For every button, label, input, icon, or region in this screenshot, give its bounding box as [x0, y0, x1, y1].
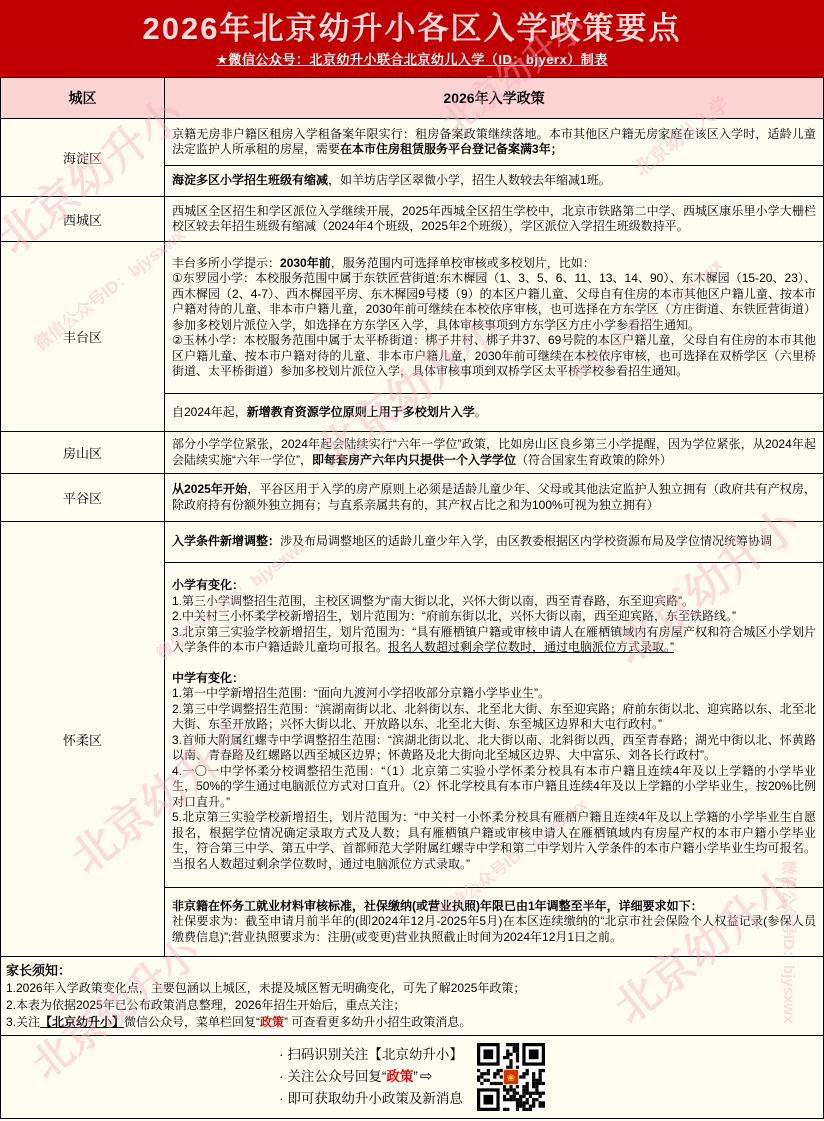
- page-title: 2026年北京幼升小各区入学政策要点: [143, 11, 682, 47]
- text-run: ” 可查看更多幼升小招生政策消息。: [284, 1015, 471, 1029]
- qr-footer-section: · 扫码识别关注【北京幼升小】· 关注公众号回复“政策”⇨· 即可获取幼升小政策…: [0, 1036, 824, 1119]
- policy-paragraph: 西城区全区招生和学区派位入学继续开展，2025年西城全区招生学校中，北京市铁路第…: [172, 204, 816, 235]
- text-run: 5.北京第三实验学校新增招生，划片范围为：“中关村一小怀柔分校具有雁栖户籍且连续…: [172, 810, 816, 871]
- qr-instruction-line: · 扫码识别关注【北京幼升小】: [279, 1044, 463, 1066]
- policy-paragraph: 中学有变化：: [172, 671, 816, 687]
- text-run: 1.2026年入学政策变化点，主要包涵以上城区，未提及城区暂无明确变化，可先了解…: [6, 981, 525, 995]
- policy-paragraph: 丰台多所小学提示：2030年前，服务范围内可选择单校审核或多校划片，比如：: [172, 256, 816, 272]
- policy-paragraph: 1.第三小学调整招生范围，主校区调整为“南大街以北，兴怀大街以南，西至青春路，东…: [172, 594, 816, 610]
- text-run: 中学有变化：: [172, 671, 244, 685]
- note-line: 3.关注【北京幼升小】微信公众号，菜单栏回复“政策” 可查看更多幼升小招生政策消…: [6, 1014, 818, 1031]
- wechat-account-subtitle: ★微信公众号：北京幼升小联合北京幼儿入学（ID：bjyerx）制表: [216, 49, 607, 68]
- policy-paragraph: 入学条件新增调整：涉及布局调整地区的适龄儿童少年入学，由区教委根据区内学校资源布…: [172, 534, 816, 550]
- policy-cell: 非京籍在怀务工就业材料审核标准，社保缴纳(或营业执照)年限已由1年调整至半年，详…: [165, 888, 824, 957]
- policy-paragraph: 3.北京第三实验学校新增招生，划片范围为：“具有雁栖镇户籍或审核申请人在雁栖镇域…: [172, 625, 816, 656]
- policy-cell: 入学条件新增调整：涉及布局调整地区的适龄儿童少年入学，由区教委根据区内学校资源布…: [165, 522, 824, 563]
- policy-table: 城区 2026年入学政策 海淀区京籍无房非户籍区租房入学租备案年限实行：租房备案…: [0, 77, 824, 957]
- qr-instruction-line: · 即可获取幼升小政策及新消息: [279, 1088, 463, 1110]
- text-run: 小学有变化：: [172, 578, 244, 592]
- policy-paragraph: 从2025年开始，平谷区用于入学的房产原则上必须是适龄儿童少年、父母或其他法定监…: [172, 482, 816, 513]
- policy-paragraph: 2.中关村三小怀柔学校新增招生，划片范围为：“府前东街以北，兴怀大街以南，西至迎…: [172, 609, 816, 625]
- policy-paragraph: ②玉林小学：本校服务范围中属于太平桥街道：梆子井村、梆子井37、69号院的本区户…: [172, 333, 816, 380]
- text-run: 海淀多区小学招生班级有缩减: [172, 173, 328, 187]
- text-run: 1.第一中学新增招生范围：“面向九渡河小学招收部分京籍小学毕业生”。: [172, 686, 550, 700]
- district-name: 海淀区: [1, 119, 165, 197]
- text-run: （符合国家生育政策的除外）: [516, 453, 672, 467]
- text-run: · 扫码识别关注【北京幼升小】: [279, 1047, 463, 1062]
- text-run: 即每套房产六年内只提供一个入学学位: [312, 453, 516, 467]
- text-run: ，平谷区用于入学的房产原则上必须是适龄儿童少年、父母或其他法定监护人独立拥有（政…: [172, 482, 816, 512]
- text-run: 4.一〇一中学怀柔分校调整招生范围：“（1）北京第二实验小学怀柔分校具有本市户籍…: [172, 764, 816, 809]
- district-name: 丰台区: [1, 242, 165, 432]
- text-run: 自2024年起，: [172, 405, 247, 419]
- text-run: 社保要求为：截至申请月前半年的(即2024年12月-2025年5月)在本区连续缴…: [172, 914, 816, 944]
- text-run: 非京籍在怀务工就业材料审核标准，社保缴纳(或营业执照)年限已由1年调整至半年，详…: [172, 899, 703, 913]
- qr-logo: ❀: [507, 1073, 515, 1084]
- policy-cell: 丰台多所小学提示：2030年前，服务范围内可选择单校审核或多校划片，比如：①东罗…: [165, 242, 824, 394]
- header-cell-policy: 2026年入学政策: [165, 78, 824, 119]
- text-run: 新增教育资源学位原则上用于多校划片入学: [247, 405, 475, 419]
- policy-paragraph: ①东罗园小学：本校服务范围中属于东铁匠营街道:东木樨园（1、3、5、6、11、1…: [172, 271, 816, 333]
- policy-paragraph: 5.北京第三实验学校新增招生，划片范围为：“中关村一小怀柔分校具有雁栖户籍且连续…: [172, 810, 816, 872]
- header-cell-district: 城区: [1, 78, 165, 119]
- policy-cell: 京籍无房非户籍区租房入学租备案年限实行：租房备案政策继续落地。本市其他区户籍无房…: [165, 119, 824, 166]
- text-run: · 关注公众号回复“: [279, 1069, 386, 1084]
- policy-paragraph: 部分小学学位紧张，2024年起会陆续实行“六年一学位”政策，比如房山区良乡第三小…: [172, 437, 816, 468]
- text-run: 2.中关村三小怀柔学校新增招生，划片范围为：“府前东街以北，兴怀大街以南，西至迎…: [172, 609, 736, 623]
- text-run: ②玉林小学：本校服务范围中属于太平桥街道：梆子井村、梆子井37、69号院的本区户…: [172, 333, 816, 378]
- policy-paragraph: 社保要求为：截至申请月前半年的(即2024年12月-2025年5月)在本区连续缴…: [172, 914, 816, 945]
- policy-paragraph: 非京籍在怀务工就业材料审核标准，社保缴纳(或营业执照)年限已由1年调整至半年，详…: [172, 899, 816, 915]
- policy-cell: 自2024年起，新增教育资源学位原则上用于多校划片入学。: [165, 394, 824, 432]
- text-run: 西城区全区招生和学区派位入学继续开展，2025年西城全区招生学校中，北京市铁路第…: [172, 204, 816, 234]
- text-run: 2.第三中学调整招生范围：“滨湖南街以北、北斜街以东、北至北大街、东至迎宾路；府…: [172, 702, 816, 732]
- district-name: 房山区: [1, 432, 165, 474]
- district-name: 西城区: [1, 197, 165, 242]
- text-run: 3.首师大附属红螺寺中学调整招生范围：“滨湖北街以北、北大街以南、北斜街以西，西…: [172, 733, 816, 763]
- text-run: ，如羊坊店学区翠微小学，招生人数较去年缩减1班。: [328, 173, 611, 187]
- policy-cell: 部分小学学位紧张，2024年起会陆续实行“六年一学位”政策，比如房山区良乡第三小…: [165, 432, 824, 474]
- policy-paragraph: 3.首师大附属红螺寺中学调整招生范围：“滨湖北街以北、北大街以南、北斜街以西，西…: [172, 733, 816, 764]
- policy-cell: 小学有变化：1.第三小学调整招生范围，主校区调整为“南大街以北，兴怀大街以南，西…: [165, 563, 824, 888]
- text-run: 2.本表为依据2025年已公布政策消息整理，2026年招生开始后，重点关注；: [6, 998, 405, 1012]
- policy-cell: 西城区全区招生和学区派位入学继续开展，2025年西城全区招生学校中，北京市铁路第…: [165, 197, 824, 242]
- text-run: 1.第三小学调整招生范围，主校区调整为“南大街以北，兴怀大街以南，西至青春路，东…: [172, 594, 694, 608]
- text-run: ，服务范围内可选择单校审核或多校划片，比如：: [331, 256, 595, 270]
- district-name: 怀柔区: [1, 522, 165, 957]
- qr-instructions: · 扫码识别关注【北京幼升小】· 关注公众号回复“政策”⇨· 即可获取幼升小政策…: [279, 1044, 463, 1110]
- banner: 2026年北京幼升小各区入学政策要点 ★微信公众号：北京幼升小联合北京幼儿入学（…: [0, 0, 824, 77]
- note-line: 2.本表为依据2025年已公布政策消息整理，2026年招生开始后，重点关注；: [6, 997, 818, 1014]
- district-name: 平谷区: [1, 474, 165, 522]
- policy-paragraph: 自2024年起，新增教育资源学位原则上用于多校划片入学。: [172, 405, 816, 421]
- notes-heading: 家长须知：: [6, 962, 818, 980]
- text-run: 政策: [386, 1069, 413, 1084]
- table-header-row: 城区 2026年入学政策: [1, 78, 824, 119]
- text-run: ①东罗园小学：本校服务范围中属于东铁匠营街道:东木樨园（1、3、5、6、11、1…: [172, 271, 816, 332]
- policy-paragraph: 2.第三中学调整招生范围：“滨湖南街以北、北斜街以东、北至北大街、东至迎宾路；府…: [172, 702, 816, 733]
- table-row: 西城区西城区全区招生和学区派位入学继续开展，2025年西城全区招生学校中，北京市…: [1, 197, 824, 242]
- text-run: 。: [475, 405, 487, 419]
- text-run: 报名人数超过剩余学位数时，通过电脑派位方式录取。”: [388, 640, 674, 654]
- text-run: 丰台多所小学提示：: [172, 256, 280, 270]
- text-run: 涉及布局调整地区的适龄儿童少年入学，由区教委根据区内学校资源布局及学位情况统筹协…: [280, 534, 772, 548]
- text-run: 3.关注: [6, 1015, 40, 1029]
- policy-paragraph: 1.第一中学新增招生范围：“面向九渡河小学招收部分京籍小学毕业生”。: [172, 686, 816, 702]
- text-run: 微信公众号，菜单栏回复“: [124, 1015, 260, 1029]
- policy-paragraph: 京籍无房非户籍区租房入学租备案年限实行：租房备案政策继续落地。本市其他区户籍无房…: [172, 127, 816, 158]
- parent-notes-section: 家长须知： 1.2026年入学政策变化点，主要包涵以上城区，未提及城区暂无明确变…: [0, 957, 824, 1036]
- policy-paragraph: 小学有变化：: [172, 578, 816, 594]
- table-row: 怀柔区入学条件新增调整：涉及布局调整地区的适龄儿童少年入学，由区教委根据区内学校…: [1, 522, 824, 563]
- text-run: 入学条件新增调整：: [172, 534, 280, 548]
- table-row: 房山区部分小学学位紧张，2024年起会陆续实行“六年一学位”政策，比如房山区良乡…: [1, 432, 824, 474]
- text-run: 政策: [260, 1015, 284, 1029]
- text-run: 【北京幼升小】: [40, 1015, 124, 1029]
- text-run: · 即可获取幼升小政策及新消息: [279, 1091, 463, 1106]
- text-run: 2030年前: [280, 256, 331, 270]
- note-line: 1.2026年入学政策变化点，主要包涵以上城区，未提及城区暂无明确变化，可先了解…: [6, 980, 818, 997]
- policy-cell: 从2025年开始，平谷区用于入学的房产原则上必须是适龄儿童少年、父母或其他法定监…: [165, 474, 824, 522]
- text-run: ⇨: [418, 1068, 433, 1085]
- table-row: 丰台区丰台多所小学提示：2030年前，服务范围内可选择单校审核或多校划片，比如：…: [1, 242, 824, 394]
- qr-instruction-line: · 关注公众号回复“政策”⇨: [279, 1066, 463, 1088]
- policy-paragraph: 4.一〇一中学怀柔分校调整招生范围：“（1）北京第二实验小学怀柔分校具有本市户籍…: [172, 764, 816, 811]
- qr-code: ❀: [477, 1043, 545, 1111]
- policy-paragraph: 海淀多区小学招生班级有缩减，如羊坊店学区翠微小学，招生人数较去年缩减1班。: [172, 173, 816, 189]
- policy-sheet: 2026年北京幼升小各区入学政策要点 ★微信公众号：北京幼升小联合北京幼儿入学（…: [0, 0, 824, 1121]
- text-run: 从2025年开始: [172, 482, 247, 496]
- policy-cell: 海淀多区小学招生班级有缩减，如羊坊店学区翠微小学，招生人数较去年缩减1班。: [165, 166, 824, 197]
- table-row: 平谷区从2025年开始，平谷区用于入学的房产原则上必须是适龄儿童少年、父母或其他…: [1, 474, 824, 522]
- text-run: 在本市住房租赁服务平台登记备案满3年；: [340, 142, 563, 156]
- table-row: 海淀区京籍无房非户籍区租房入学租备案年限实行：租房备案政策继续落地。本市其他区户…: [1, 119, 824, 166]
